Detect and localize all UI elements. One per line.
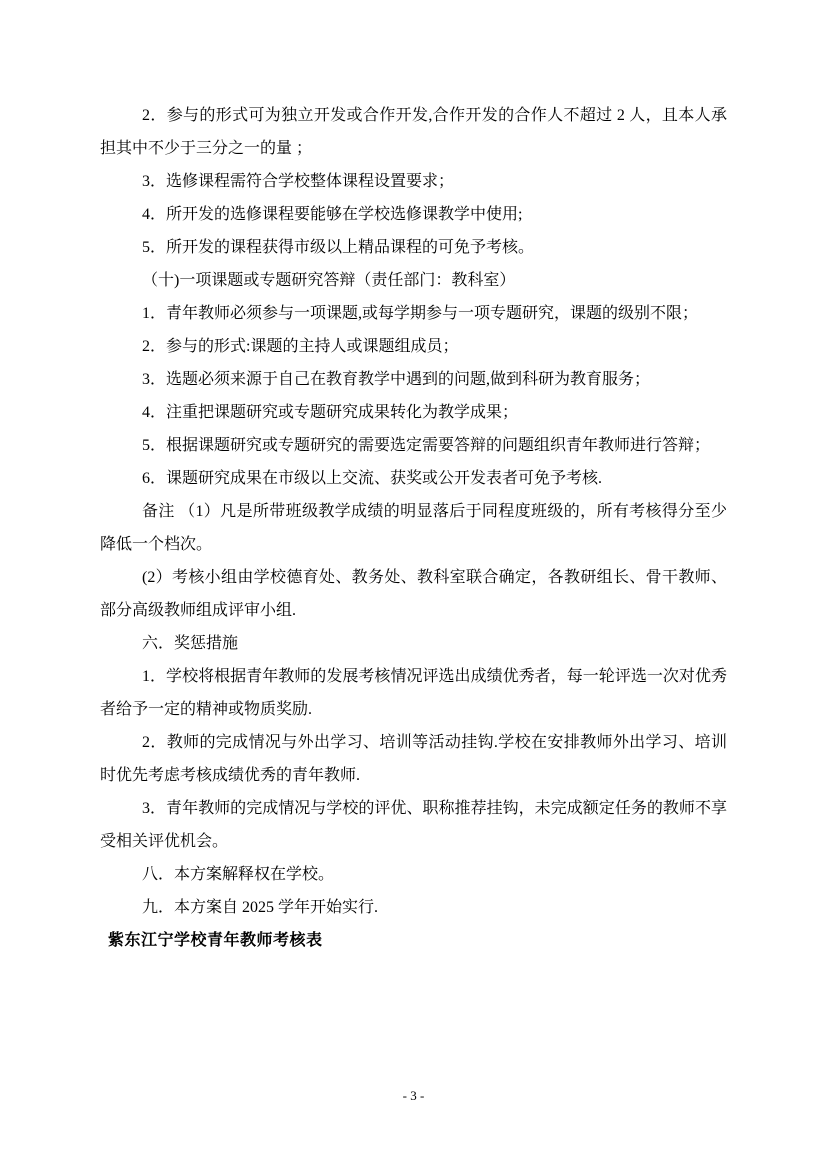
paragraph-note: (2）考核小组由学校德育处、教务处、教科室联合确定，各教研组长、骨干教师、部分高… [100, 561, 727, 627]
document-title: 紫东江宁学校青年教师考核表 [66, 924, 693, 957]
paragraph: 5．根据课题研究或专题研究的需要选定需要答辩的问题组织青年教师进行答辩； [100, 429, 727, 462]
document-page: 2．参与的形式可为独立开发或合作开发,合作开发的合作人不超过 2 人，且本人承担… [0, 0, 827, 1170]
paragraph: 3．青年教师的完成情况与学校的评优、职称推荐挂钩，未完成额定任务的教师不享受相关… [100, 792, 727, 858]
paragraph-section-heading: （十)一项课题或专题研究答辩（责任部门：教科室） [100, 264, 727, 297]
paragraph: 1．学校将根据青年教师的发展考核情况评选出成绩优秀者，每一轮评选一次对优秀者给予… [100, 660, 727, 726]
paragraph: 1．青年教师必须参与一项课题,或每学期参与一项专题研究，课题的级别不限； [100, 297, 727, 330]
paragraph: 2．参与的形式:课题的主持人或课题组成员； [100, 330, 727, 363]
paragraph: 2．教师的完成情况与外出学习、培训等活动挂钩.学校在安排教师外出学习、培训时优先… [100, 726, 727, 792]
paragraph-note: 备注 （1）凡是所带班级教学成绩的明显落后于同程度班级的，所有考核得分至少降低一… [100, 495, 727, 561]
paragraph: 2．参与的形式可为独立开发或合作开发,合作开发的合作人不超过 2 人，且本人承担… [100, 99, 727, 165]
paragraph: 4．注重把课题研究或专题研究成果转化为教学成果； [100, 396, 727, 429]
paragraph-section-heading: 六．奖惩措施 [100, 627, 727, 660]
page-number: - 3 - [0, 1086, 827, 1106]
paragraph: 八．本方案解释权在学校。 [100, 858, 727, 891]
paragraph: 3．选题必须来源于自己在教育教学中遇到的问题,做到科研为教育服务； [100, 363, 727, 396]
paragraph: 5．所开发的课程获得市级以上精品课程的可免予考核。 [100, 231, 727, 264]
paragraph: 6．课题研究成果在市级以上交流、获奖或公开发表者可免予考核. [100, 462, 727, 495]
document-body: 2．参与的形式可为独立开发或合作开发,合作开发的合作人不超过 2 人，且本人承担… [100, 99, 727, 957]
paragraph: 九．本方案自 2025 学年开始实行. [100, 891, 727, 924]
paragraph: 4．所开发的选修课程要能够在学校选修课教学中使用; [100, 198, 727, 231]
paragraph: 3．选修课程需符合学校整体课程设置要求； [100, 165, 727, 198]
